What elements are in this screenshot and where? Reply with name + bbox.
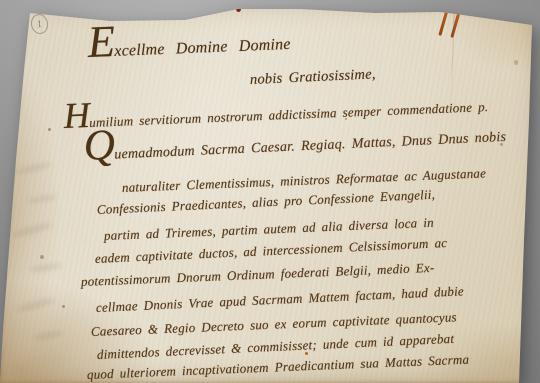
foxing-spot [62,305,65,308]
paper-shadow: 1 Excellme Domine Domine nobis Gratiosis… [0,0,540,383]
ink-showthrough-mark [16,296,57,313]
foxing-spot [40,255,44,259]
salutation-line-2: nobis Gratiosissime, [250,66,376,89]
manuscript-paper-sheet: 1 Excellme Domine Domine nobis Gratiosis… [0,0,540,383]
red-tally-mark-icon [450,11,460,38]
red-ink-dot [236,6,241,12]
folio-number-stamp: 1 [29,12,50,35]
salutation-line-1: Excellme Domine Domine [88,34,291,62]
foxing-spot [48,128,51,131]
body-line: Quemadmodum Sacrma Caesar. Regiaq. Matta… [84,127,507,165]
ink-showthrough-mark [33,329,64,341]
ink-showthrough-mark [11,220,54,239]
red-tally-mark-icon [438,9,448,36]
paper-fold-crease [450,13,454,109]
ink-showthrough-mark [27,193,58,204]
ink-showthrough-mark [14,161,53,177]
ink-showthrough-mark [29,262,64,274]
foxing-spot [500,143,503,146]
foxing-spot [345,118,347,120]
foxing-spot [305,352,308,355]
foxing-spot [514,60,518,65]
body-line: Humilium servitiorum nostrorum addictiss… [64,99,489,132]
